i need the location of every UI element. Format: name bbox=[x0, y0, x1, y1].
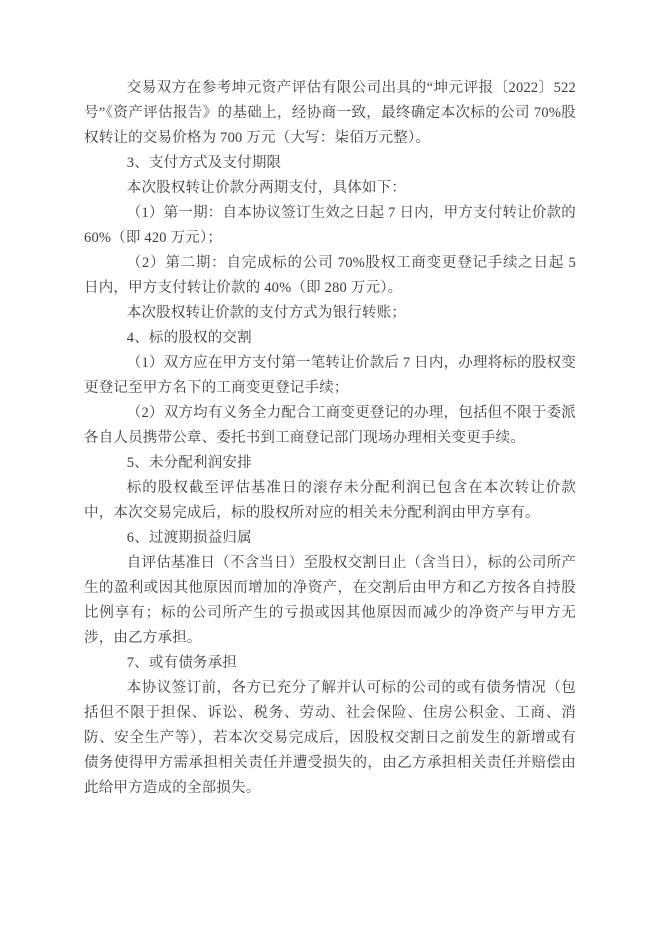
payment-method: 本次股权转让价款的支付方式为银行转账； bbox=[84, 301, 576, 326]
section-4-heading: 4、标的股权的交割 bbox=[84, 326, 576, 351]
transition-profit-loss: 自评估基准日（不含当日）至股权交割日止（含当日），标的公司所产生的盈利或因其他原… bbox=[84, 551, 576, 651]
payment-intro: 本次股权转让价款分两期支付，具体如下： bbox=[84, 176, 576, 201]
contingent-debt: 本协议签订前，各方已充分了解并认可标的公司的或有债务情况（包括但不限于担保、诉讼… bbox=[84, 676, 576, 801]
installment-1: （1）第一期：自本协议签订生效之日起 7 日内，甲方支付转让价款的 60%（即 … bbox=[84, 201, 576, 251]
section-7-heading: 7、或有债务承担 bbox=[84, 651, 576, 676]
section-3-heading: 3、支付方式及支付期限 bbox=[84, 151, 576, 176]
delivery-item-2: （2）双方均有义务全力配合工商变更登记的办理，包括但不限于委派各自人员携带公章、… bbox=[84, 401, 576, 451]
undistributed-profit: 标的股权截至评估基准日的滚存未分配利润已包含在本次转让价款中，本次交易完成后，标… bbox=[84, 476, 576, 526]
section-5-heading: 5、未分配利润安排 bbox=[84, 451, 576, 476]
contract-text-block: 交易双方在参考坤元资产评估有限公司出具的“坤元评报〔2022〕522 号”《资产… bbox=[84, 76, 576, 801]
document-page: 交易双方在参考坤元资产评估有限公司出具的“坤元评报〔2022〕522 号”《资产… bbox=[0, 0, 660, 933]
pricing-paragraph: 交易双方在参考坤元资产评估有限公司出具的“坤元评报〔2022〕522 号”《资产… bbox=[84, 76, 576, 151]
section-6-heading: 6、过渡期损益归属 bbox=[84, 526, 576, 551]
delivery-item-1: （1）双方应在甲方支付第一笔转让价款后 7 日内，办理将标的股权变更登记至甲方名… bbox=[84, 351, 576, 401]
installment-2: （2）第二期：自完成标的公司 70%股权工商变更登记手续之日起 5 日内，甲方支… bbox=[84, 251, 576, 301]
